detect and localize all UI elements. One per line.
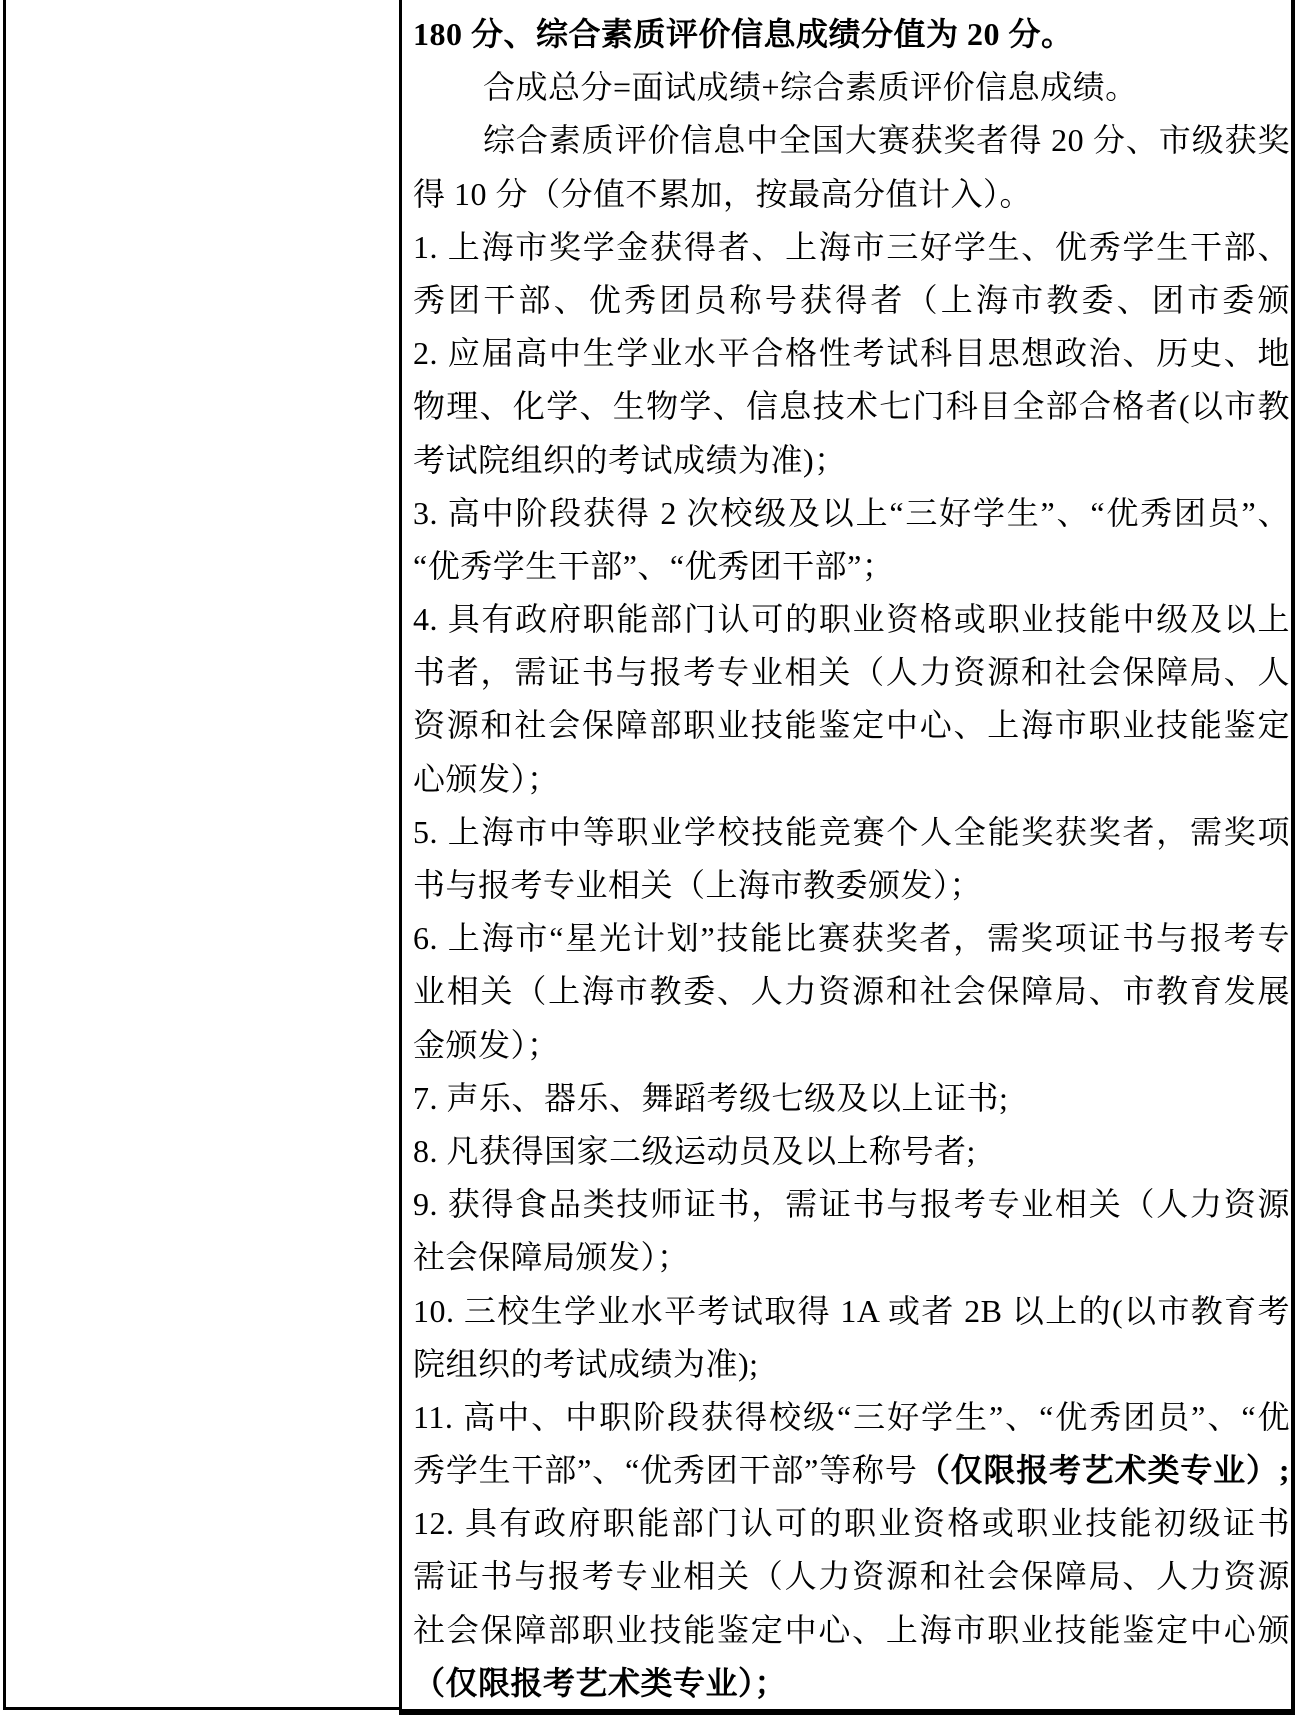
text-line: 4. 具有政府职能部门认可的职业资格或职业技能中级及以上证 — [413, 593, 1290, 646]
text-segment: 10. 三校生学业水平考试取得 1A 或者 2B 以上的(以市教育考试 — [413, 1293, 1290, 1338]
text-line: 物理、化学、生物学、信息技术七门科目全部合格者(以市教育 — [413, 380, 1290, 433]
text-segment: 金颁发）； — [413, 1027, 560, 1063]
table-border-left — [3, 0, 6, 1710]
text-segment: 社会保障局颁发）； — [413, 1239, 690, 1275]
text-segment: 得 10 分（分值不累加，按最高分值计入）。 — [413, 176, 1032, 212]
text-segment: 8. 凡获得国家二级运动员及以上称号者; — [413, 1133, 976, 1169]
table-cell-right-text: 180 分、综合素质评价信息成绩分值为 20 分。合成总分=面试成绩+综合素质评… — [413, 8, 1290, 1708]
text-segment: 社会保障部职业技能鉴定中心、上海市职业技能鉴定中心颁发） — [413, 1612, 1290, 1657]
text-line: “优秀学生干部”、“优秀团干部”； — [413, 540, 1290, 593]
text-line: 秀团干部、优秀团员称号获得者（上海市教委、团市委颁发）； — [413, 274, 1290, 327]
text-line: 秀学生干部”、“优秀团干部”等称号（仅限报考艺术类专业）; — [413, 1444, 1290, 1497]
table-cell-left — [6, 0, 399, 1707]
text-segment: 6. 上海市“星光计划”技能比赛获奖者，需奖项证书与报考专 — [413, 920, 1290, 956]
text-line: 12. 具有政府职能部门认可的职业资格或职业技能初级证书者， — [413, 1497, 1290, 1550]
text-line: 5. 上海市中等职业学校技能竞赛个人全能奖获奖者，需奖项证 — [413, 806, 1290, 859]
text-line: 金颁发）； — [413, 1019, 1290, 1072]
table-border-divider — [399, 0, 402, 1712]
text-line: 心颁发）； — [413, 753, 1290, 806]
table-border-bottom-right — [399, 1709, 1295, 1715]
text-line: 社会保障部职业技能鉴定中心、上海市职业技能鉴定中心颁发） — [413, 1604, 1290, 1657]
text-line: 11. 高中、中职阶段获得校级“三好学生”、“优秀团员”、“优 — [413, 1391, 1290, 1444]
text-segment: 11. 高中、中职阶段获得校级“三好学生”、“优秀团员”、“优 — [413, 1399, 1290, 1435]
text-segment: 书与报考专业相关（上海市教委颁发）； — [413, 867, 982, 903]
text-line: 综合素质评价信息中全国大赛获奖者得 20 分、市级获奖者 — [413, 114, 1290, 167]
text-segment: 7. 声乐、器乐、舞蹈考级七级及以上证书; — [413, 1080, 1008, 1116]
text-line: 合成总分=面试成绩+综合素质评价信息成绩。 — [413, 61, 1290, 114]
text-line: 社会保障局颁发）； — [413, 1231, 1290, 1284]
text-line: 1. 上海市奖学金获得者、上海市三好学生、优秀学生干部、优 — [413, 221, 1290, 274]
text-segment: 5. 上海市中等职业学校技能竞赛个人全能奖获奖者，需奖项证 — [413, 814, 1290, 859]
text-segment: 物理、化学、生物学、信息技术七门科目全部合格者(以市教育 — [413, 388, 1290, 433]
text-segment-bold: 180 分、综合素质评价信息成绩分值为 20 分。 — [413, 16, 1074, 52]
text-line: 7. 声乐、器乐、舞蹈考级七级及以上证书; — [413, 1072, 1290, 1125]
text-line: 需证书与报考专业相关（人力资源和社会保障局、人力资源和 — [413, 1550, 1290, 1603]
text-line: 8. 凡获得国家二级运动员及以上称号者; — [413, 1125, 1290, 1178]
text-segment: 合成总分=面试成绩+综合素质评价信息成绩。 — [483, 69, 1138, 105]
text-line: 业相关（上海市教委、人力资源和社会保障局、市教育发展基 — [413, 965, 1290, 1018]
text-line: 书与报考专业相关（上海市教委颁发）； — [413, 859, 1290, 912]
text-line: 3. 高中阶段获得 2 次校级及以上“三好学生”、“优秀团员”、 — [413, 487, 1290, 540]
text-segment: 需证书与报考专业相关（人力资源和社会保障局、人力资源和 — [413, 1558, 1290, 1603]
text-line: 10. 三校生学业水平考试取得 1A 或者 2B 以上的(以市教育考试 — [413, 1285, 1290, 1338]
text-line: （仅限报考艺术类专业）； — [413, 1657, 1290, 1708]
text-segment: 秀团干部、优秀团员称号获得者（上海市教委、团市委颁发）； — [413, 282, 1290, 327]
text-segment: 资源和社会保障部职业技能鉴定中心、上海市职业技能鉴定中 — [413, 707, 1290, 752]
text-segment: 院组织的考试成绩为准); — [413, 1346, 759, 1382]
text-segment: 12. 具有政府职能部门认可的职业资格或职业技能初级证书者， — [413, 1505, 1290, 1550]
text-line: 6. 上海市“星光计划”技能比赛获奖者，需奖项证书与报考专 — [413, 912, 1290, 965]
text-segment: 综合素质评价信息中全国大赛获奖者得 20 分、市级获奖者 — [413, 122, 1290, 167]
document-page: 180 分、综合素质评价信息成绩分值为 20 分。合成总分=面试成绩+综合素质评… — [0, 0, 1302, 1720]
text-line: 考试院组织的考试成绩为准)； — [413, 434, 1290, 487]
table-border-right — [1291, 0, 1295, 1715]
text-segment: “优秀学生干部”、“优秀团干部”； — [413, 548, 894, 584]
text-segment: 2. 应届高中生学业水平合格性考试科目思想政治、历史、地理、 — [413, 335, 1290, 380]
text-line: 180 分、综合素质评价信息成绩分值为 20 分。 — [413, 8, 1290, 61]
text-segment-bold: （仅限报考艺术类专业）; — [918, 1452, 1290, 1488]
text-segment: 书者，需证书与报考专业相关（人力资源和社会保障局、人力 — [413, 654, 1290, 699]
text-segment: 秀学生干部”、“优秀团干部”等称号 — [413, 1452, 918, 1488]
text-line: 书者，需证书与报考专业相关（人力资源和社会保障局、人力 — [413, 646, 1290, 699]
text-segment-bold: （仅限报考艺术类专业）； — [413, 1665, 787, 1701]
text-line: 得 10 分（分值不累加，按最高分值计入）。 — [413, 168, 1290, 221]
table-border-bottom-left — [3, 1707, 402, 1710]
text-line: 9. 获得食品类技师证书，需证书与报考专业相关（人力资源和 — [413, 1178, 1290, 1231]
text-segment: 1. 上海市奖学金获得者、上海市三好学生、优秀学生干部、优 — [413, 229, 1290, 274]
text-segment: 业相关（上海市教委、人力资源和社会保障局、市教育发展基 — [413, 973, 1290, 1018]
text-segment: 4. 具有政府职能部门认可的职业资格或职业技能中级及以上证 — [413, 601, 1290, 646]
text-segment: 心颁发）； — [413, 761, 560, 797]
text-line: 2. 应届高中生学业水平合格性考试科目思想政治、历史、地理、 — [413, 327, 1290, 380]
text-line: 资源和社会保障部职业技能鉴定中心、上海市职业技能鉴定中 — [413, 699, 1290, 752]
text-segment: 考试院组织的考试成绩为准)； — [413, 442, 847, 478]
text-segment: 3. 高中阶段获得 2 次校级及以上“三好学生”、“优秀团员”、 — [413, 495, 1290, 531]
text-line: 院组织的考试成绩为准); — [413, 1338, 1290, 1391]
text-segment: 9. 获得食品类技师证书，需证书与报考专业相关（人力资源和 — [413, 1186, 1290, 1231]
